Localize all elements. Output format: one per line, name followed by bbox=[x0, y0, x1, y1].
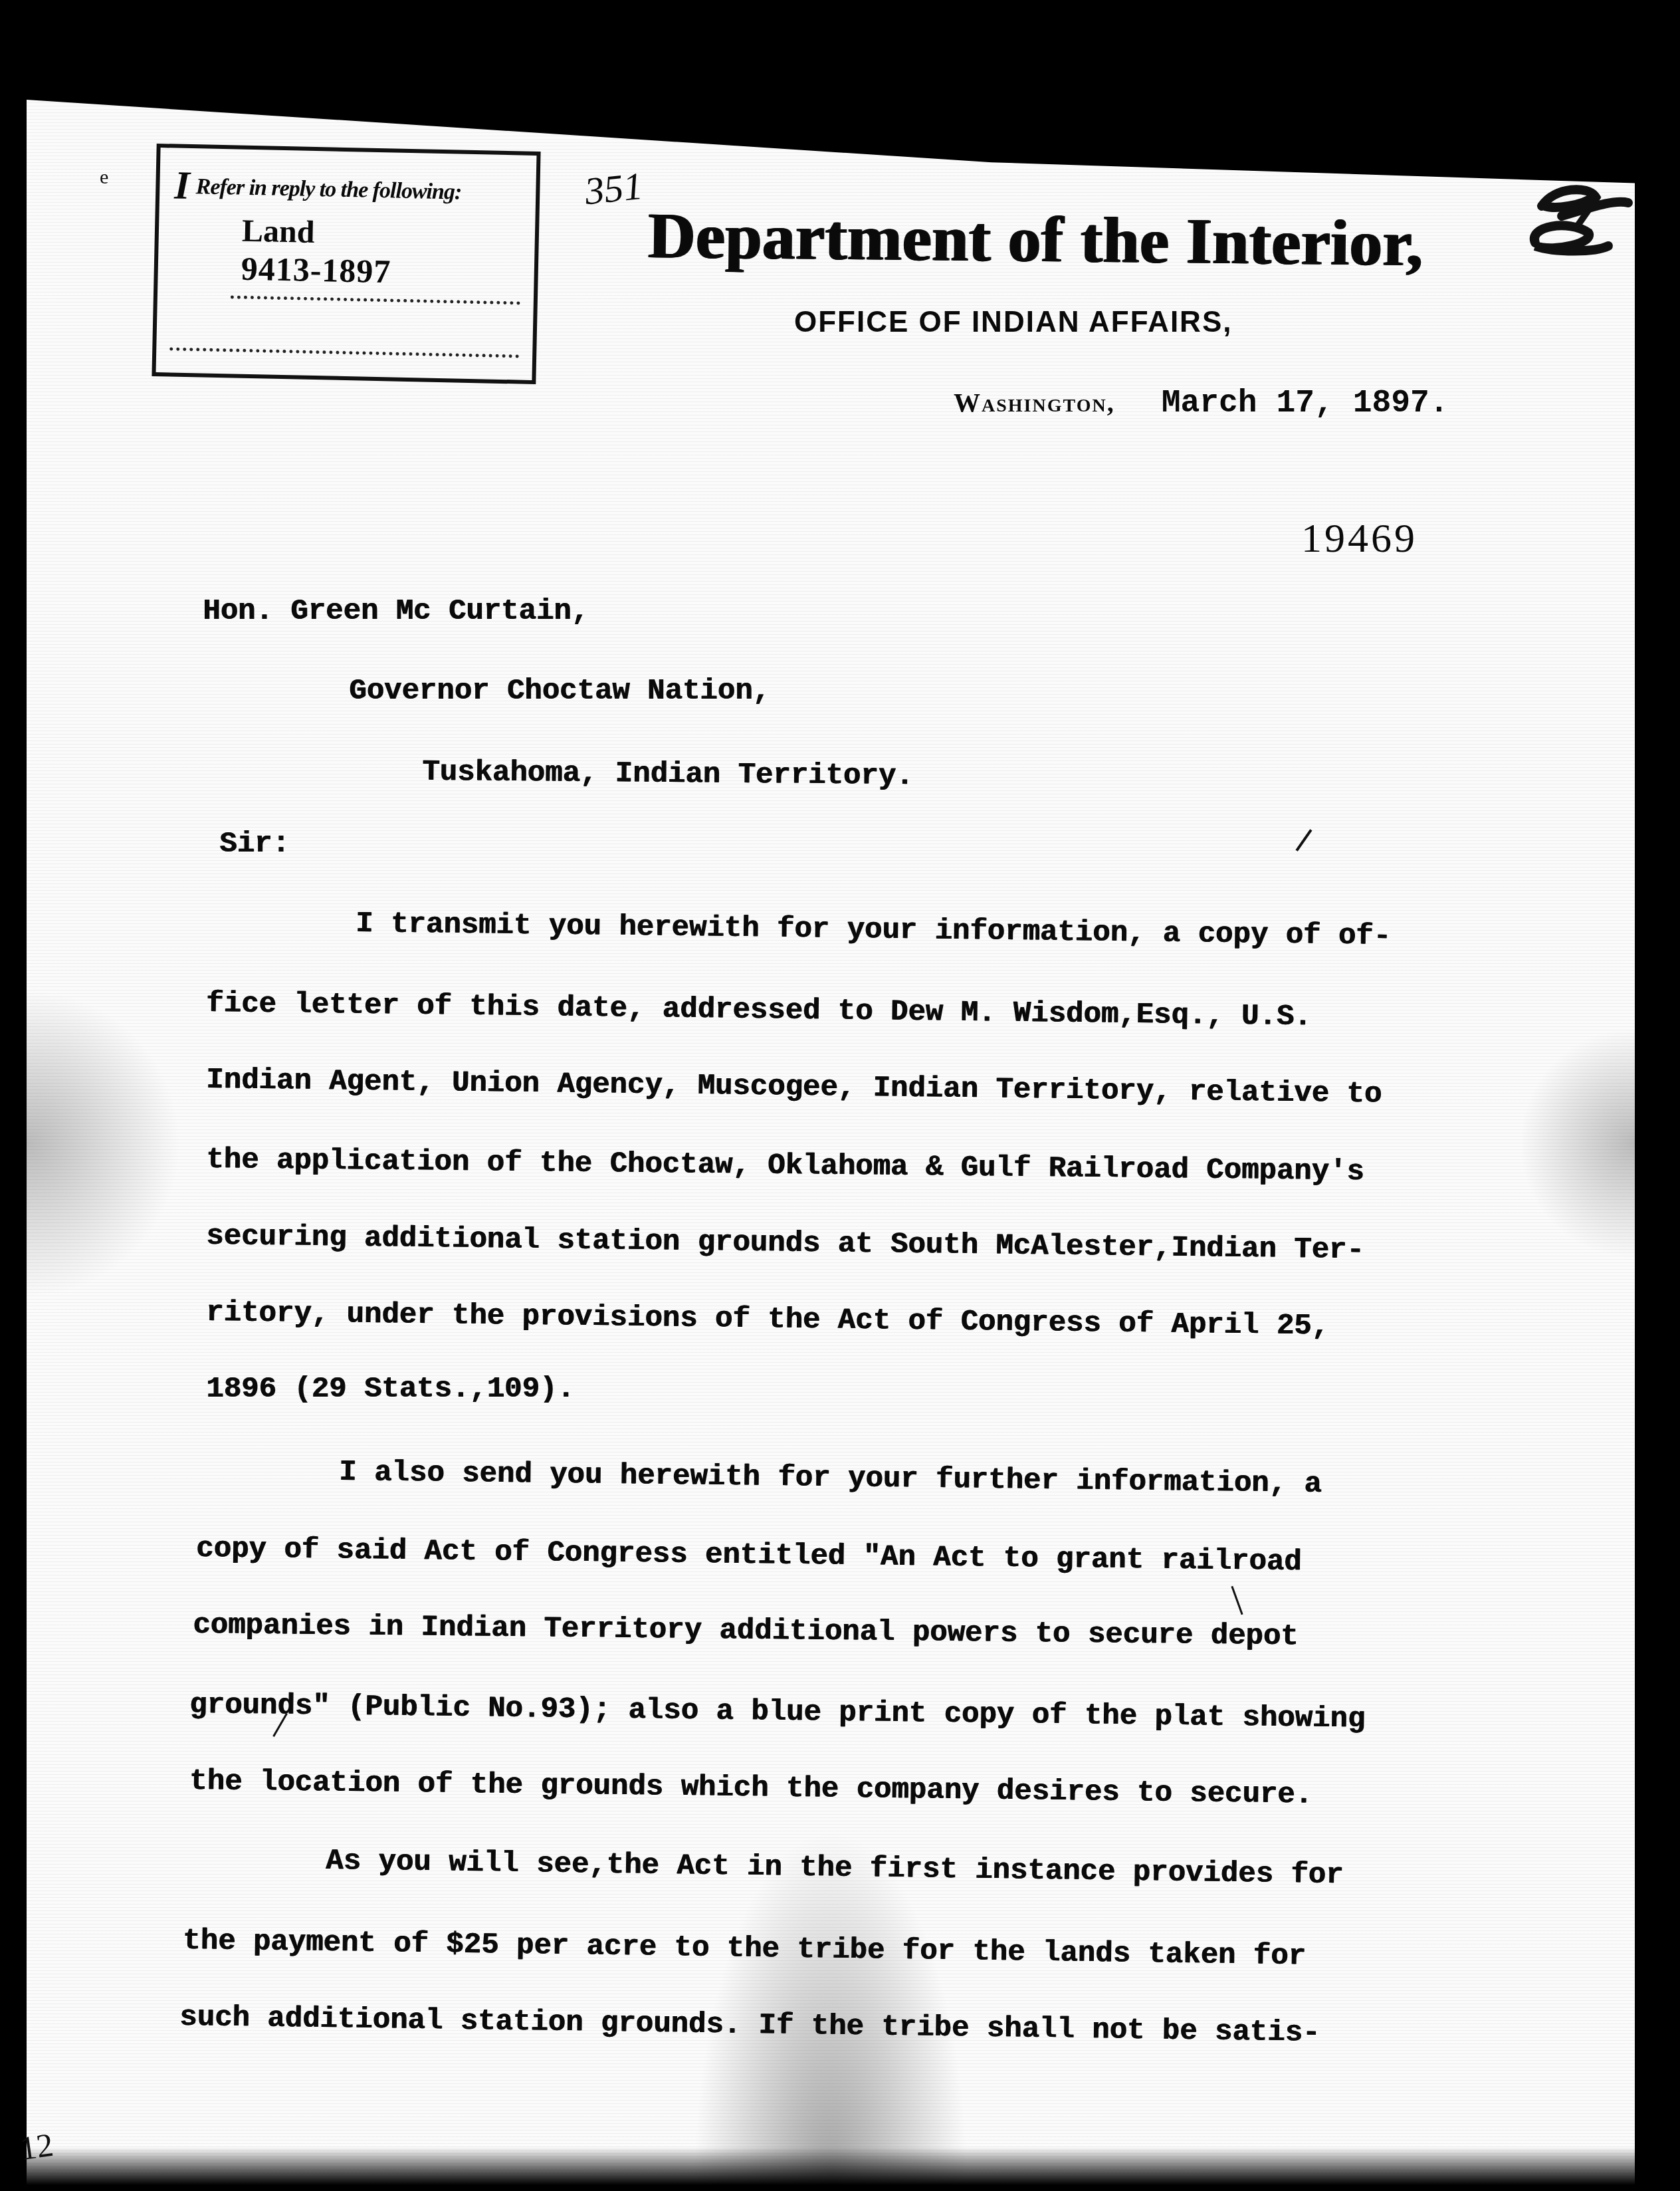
reference-dotted-line bbox=[169, 347, 519, 358]
reference-number: 9413-1897 bbox=[241, 249, 391, 291]
handwritten-initials-icon bbox=[1515, 179, 1635, 266]
reference-heading-initial: I bbox=[174, 164, 190, 207]
reference-subject: Land bbox=[241, 213, 315, 251]
department-title: Department of the Interior, bbox=[647, 199, 1423, 281]
reference-box: IRefer in reply to the following: Land 9… bbox=[152, 144, 540, 384]
salutation: Sir: bbox=[219, 828, 290, 861]
handwritten-number: 351 bbox=[583, 164, 645, 214]
reference-heading-text: Refer in reply to the following: bbox=[195, 174, 461, 204]
reference-dotted-line bbox=[231, 295, 520, 304]
document-number: 19469 bbox=[1301, 515, 1417, 562]
margin-number: 12 bbox=[17, 2125, 56, 2168]
addressee-location: Tuskahoma, Indian Territory. bbox=[422, 756, 914, 793]
addressee-title: Governor Choctaw Nation, bbox=[349, 675, 770, 708]
addressee-name: Hon. Green Mc Curtain, bbox=[203, 595, 589, 628]
reference-heading: IRefer in reply to the following: bbox=[174, 163, 462, 215]
margin-mark: e bbox=[100, 166, 108, 189]
body-line: 1896 (29 Stats.,109). bbox=[206, 1373, 575, 1406]
place-and-date: Washington,March 17, 1897. bbox=[954, 386, 1449, 421]
office-name: OFFICE OF INDIAN AFFAIRS, bbox=[794, 306, 1232, 339]
letter-date: March 17, 1897. bbox=[1162, 386, 1449, 421]
place: Washington, bbox=[954, 388, 1115, 417]
